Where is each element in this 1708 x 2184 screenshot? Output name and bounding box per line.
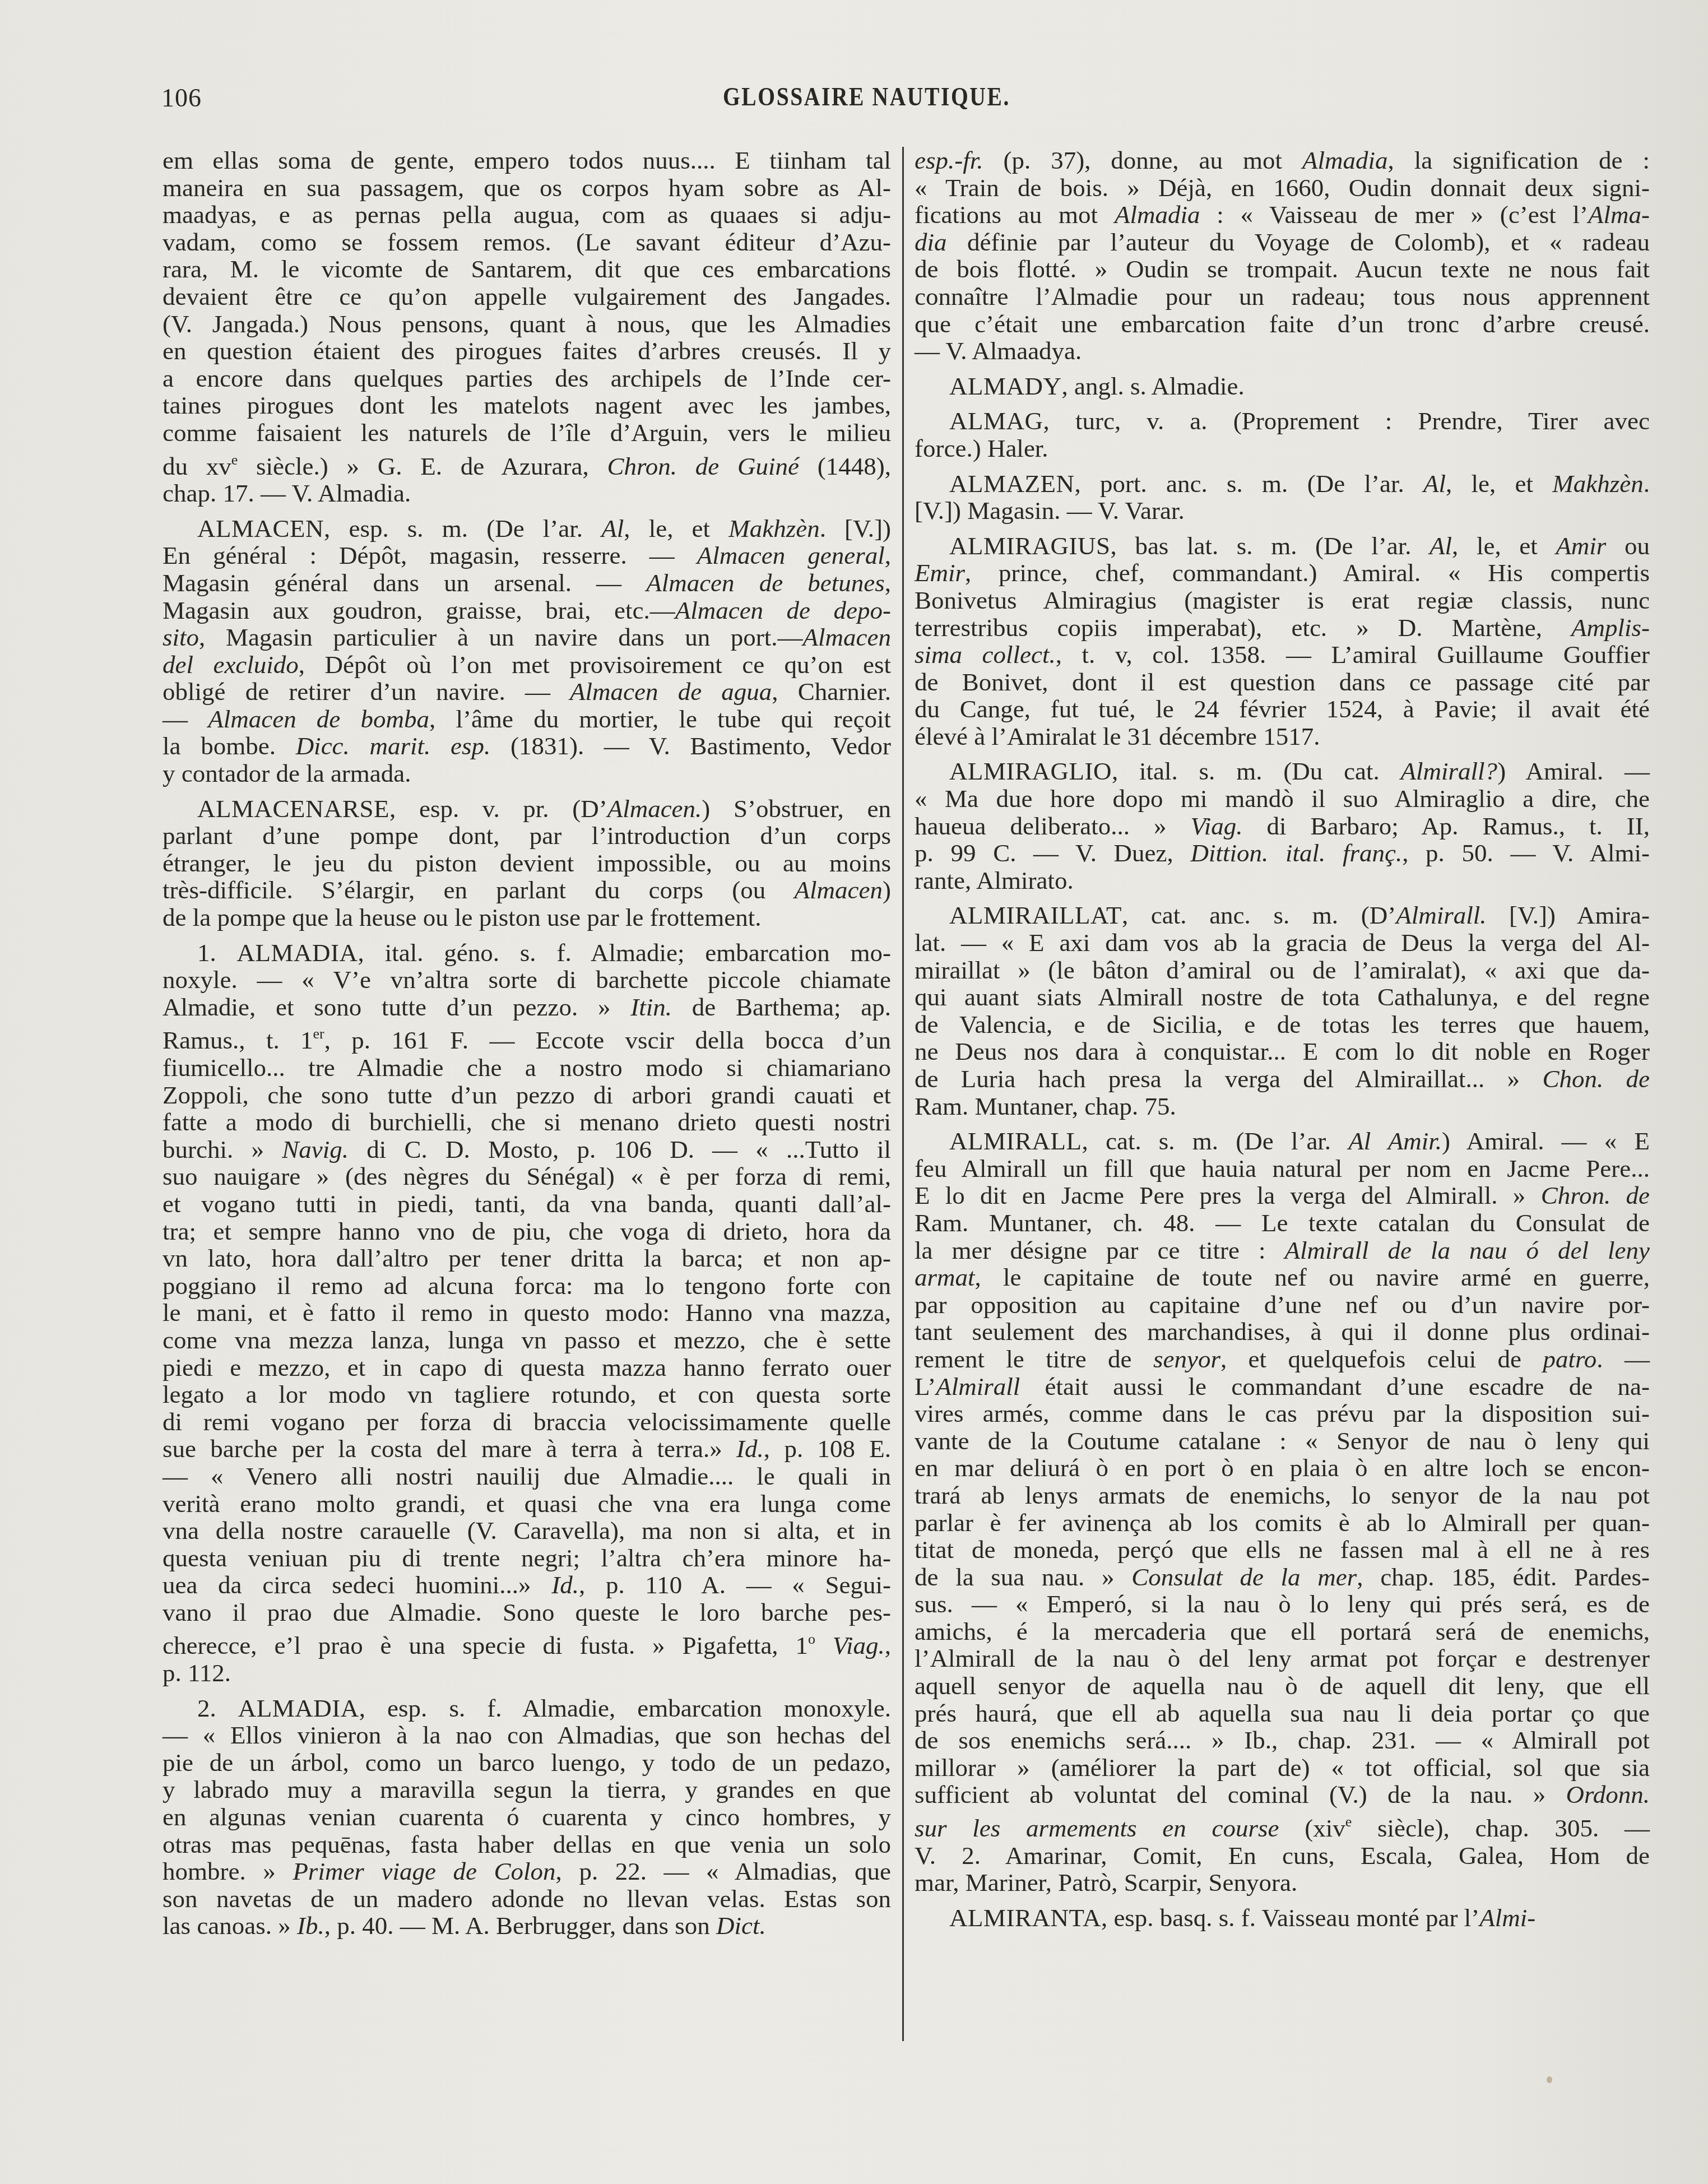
text-line: Magasin aux goudron, graisse, brai, etc.…	[163, 597, 891, 624]
text-segment: chap. 17. — V. Almadia.	[163, 479, 411, 507]
text-segment: siècle.) » G. E. de Azurara,	[238, 452, 607, 480]
text-segment: , port. anc. s. m. (De l’ar.	[1074, 470, 1423, 498]
text-segment: rara, M. le vicomte de Santarem, dit que…	[163, 255, 891, 283]
italic-citation: Emir	[915, 559, 965, 587]
glossary-paragraph: esp.-fr. (p. 37), donne, au mot Almadia,…	[915, 147, 1650, 365]
text-segment: vadam, como se fossem remos. (Le savant …	[163, 228, 891, 256]
glossary-paragraph: ALMIRAGIUS, bas lat. s. m. (De l’ar. Al,…	[915, 532, 1650, 750]
entry-headword-line: ALMACENARSE, esp. v. pr. (D’Almacen.) S’…	[163, 795, 891, 823]
entry-headword: ALMIRAILLAT	[949, 901, 1122, 929]
text-line: [V.]) Magasin. — V. Varar.	[915, 497, 1650, 525]
italic-citation: Ordonn.	[1566, 1780, 1650, 1809]
column-divider	[902, 147, 904, 2041]
text-line: tra; et sempre hanno vno de piu, che vog…	[163, 1218, 891, 1245]
text-line: otras mas pequēnas, fasta haber dellas e…	[163, 1831, 891, 1858]
italic-citation: Id.	[551, 1571, 579, 1599]
text-segment: maneira en sua passagem, que os corpos h…	[163, 174, 891, 202]
italic-citation: Chron. de	[1541, 1181, 1650, 1209]
italic-citation: dia	[915, 228, 947, 256]
text-segment: e	[231, 452, 238, 468]
italic-citation: Al	[601, 514, 624, 542]
text-line: l’Almirall de la nau ò del leny armat po…	[915, 1645, 1650, 1672]
text-segment: connaître l’Almadie pour un radeau; tous…	[915, 282, 1650, 310]
italic-citation: armat	[915, 1263, 975, 1291]
text-line: poggiano il remo ad alcuna forca: ma lo …	[163, 1272, 891, 1300]
text-line: prés haurá, que ell ab aquella sua nau l…	[915, 1700, 1650, 1727]
text-segment: , prince, chef, commandant.) Amiral. « H…	[965, 559, 1650, 587]
text-line: obligé de retirer d’un navire. — Almacen…	[163, 678, 891, 706]
text-segment: , t. v, col. 1358. — L’amiral Guillaume …	[1056, 641, 1650, 669]
text-segment: l’Almirall de la nau ò del leny armat po…	[915, 1644, 1650, 1672]
text-segment: , p. 22. — « Almadias, que	[556, 1857, 891, 1885]
glossary-paragraph: 1. ALMADIA, ital. géno. s. f. Almadie; e…	[163, 939, 891, 1687]
text-line: noxyle. — « V’e vn’altra sorte di barche…	[163, 966, 891, 994]
text-segment: di remi vogano per forza di braccia velo…	[163, 1408, 891, 1436]
text-line: maadyas, e as pernas pella augua, com as…	[163, 201, 891, 229]
text-line: élevé à l’Amiralat le 31 décembre 1517.	[915, 723, 1650, 750]
text-segment: , p. 108 E.	[764, 1435, 891, 1463]
text-segment: di C. D. Mosto, p. 106 D. — « ...Tutto i…	[349, 1135, 891, 1163]
text-line: hombre. » Primer viage de Colon, p. 22. …	[163, 1858, 891, 1885]
text-line: piedi e mezzo, et in capo di questa mazz…	[163, 1354, 891, 1381]
glossary-paragraph: ALMACEN, esp. s. m. (De l’ar. Al, le, et…	[163, 515, 891, 787]
text-segment: vante de la Coutume catalane : « Senyor …	[915, 1427, 1650, 1455]
text-line: parlant d’une pompe dont, par l’introduc…	[163, 822, 891, 850]
text-segment: de sos enemichs será.... » Ib., chap. 23…	[915, 1726, 1650, 1754]
text-segment: .	[1644, 470, 1650, 498]
text-segment: aquell senyor de aquella nau ò de aquell…	[915, 1672, 1650, 1700]
text-line: sur les armements en course (xive siècle…	[915, 1809, 1650, 1842]
italic-citation: Id.	[736, 1435, 764, 1463]
text-segment: suo nauigare » (des nègres du Sénégal) «…	[163, 1162, 891, 1190]
glossary-paragraph: ALMIRAILLAT, cat. anc. s. m. (D’Almirall…	[915, 902, 1650, 1120]
text-segment: legato a lor modo vn tagliere rotundo, e…	[163, 1380, 891, 1408]
text-segment: mar, Mariner, Patrò, Scarpir, Senyora.	[915, 1868, 1297, 1896]
italic-citation: Almadia	[1115, 201, 1200, 229]
text-segment: du xv	[163, 452, 231, 480]
text-line: Zoppoli, che sono tutte d’un pezzo di ar…	[163, 1082, 891, 1109]
text-line: En général : Dépôt, magasin, resserre. —…	[163, 542, 891, 569]
glossary-paragraph: ALMAZEN, port. anc. s. m. (De l’ar. Al, …	[915, 470, 1650, 525]
text-segment: di Barbaro; Ap. Ramus., t. II,	[1242, 812, 1650, 840]
text-segment: définie par l’auteur du Voyage de Colomb…	[947, 228, 1650, 256]
text-line: terrestribus copiis imperabat), etc. » D…	[915, 614, 1650, 642]
text-segment: (V. Jangada.) Nous pensons, quant à nous…	[163, 310, 891, 338]
text-segment: en mar deliurá ò en port ò en plaia ò en…	[915, 1454, 1650, 1482]
glossary-paragraph: ALMADY, angl. s. Almadie.	[915, 373, 1650, 400]
text-segment: ,	[885, 569, 891, 597]
text-segment: sufficient ab voluntat del cominal (V.) …	[915, 1780, 1566, 1809]
text-segment: questa veniuan piu di trente negri; l’al…	[163, 1544, 891, 1572]
text-segment: sus. — « Emperó, si la nau ò lo leny qui…	[915, 1590, 1650, 1618]
text-line: du xve siècle.) » G. E. de Azurara, Chro…	[163, 447, 891, 480]
text-line: parlar è fer avinença ab los comits è ab…	[915, 1509, 1650, 1537]
text-segment: par opposition au capitaine d’une nef ou…	[915, 1291, 1650, 1319]
text-segment: du Cange, fut tué, le 24 février 1524, à…	[915, 695, 1650, 723]
italic-citation: Almacen general	[697, 541, 885, 569]
text-line: pie de un árbol, como un barco luengo, y…	[163, 1749, 891, 1777]
text-line: E lo dit en Jacme Pere pres la verga del…	[915, 1182, 1650, 1209]
text-line: comme faisaient les naturels de l’île d’…	[163, 419, 891, 447]
text-line: maneira en sua passagem, que os corpos h…	[163, 174, 891, 202]
text-segment: siècle), chap. 305. —	[1352, 1814, 1650, 1842]
italic-citation: Almacen	[803, 623, 891, 651]
text-line: amichs, é la mercaderia que ell portará …	[915, 1618, 1650, 1645]
text-line: rement le titre de senyor, et quelquefoi…	[915, 1346, 1650, 1373]
text-segment: noxyle. — « V’e vn’altra sorte di barche…	[163, 966, 891, 994]
text-line: vante de la Coutume catalane : « Senyor …	[915, 1427, 1650, 1455]
text-segment: Ram. Muntaner, chap. 75.	[915, 1092, 1176, 1120]
text-line: vires armés, comme dans le cas prévu par…	[915, 1400, 1650, 1427]
text-segment: , bas lat. s. m. (De l’ar.	[1111, 532, 1430, 560]
text-segment: amichs, é la mercaderia que ell portará …	[915, 1617, 1650, 1645]
italic-citation: Al Amir.	[1348, 1127, 1442, 1155]
glossary-paragraph: em ellas soma de gente, empero todos nuu…	[163, 147, 891, 507]
text-line: chap. 17. — V. Almadia.	[163, 480, 891, 507]
text-segment: millorar » (améliorer la part de) « tot …	[915, 1754, 1650, 1782]
text-line: L’Almirall était aussi le commandant d’u…	[915, 1373, 1650, 1401]
paper-stain	[1547, 2076, 1552, 2083]
text-segment: ) S’obstruer, en	[702, 795, 891, 823]
text-segment: Ram. Muntaner, ch. 48. — Le texte catala…	[915, 1209, 1650, 1237]
text-line: mar, Mariner, Patrò, Scarpir, Senyora.	[915, 1869, 1650, 1896]
text-line: p. 112.	[163, 1659, 891, 1687]
italic-citation: Alma-	[1588, 201, 1650, 229]
text-segment: Magasin général dans un arsenal. —	[163, 569, 646, 597]
text-segment: rement le titre de	[915, 1345, 1153, 1373]
text-segment: ou	[1606, 532, 1650, 560]
italic-citation: Almacen de depo-	[675, 596, 891, 624]
text-line: très-difficile. S’élargir, en parlant du…	[163, 877, 891, 904]
text-line: — Almacen de bomba, l’âme du mortier, le…	[163, 706, 891, 733]
text-line: le mani, et è fatto il remo in questo mo…	[163, 1299, 891, 1327]
text-segment: , cat. s. m. (De l’ar.	[1082, 1127, 1348, 1155]
glossary-paragraph: ALMIRALL, cat. s. m. (De l’ar. Al Amir.)…	[915, 1128, 1650, 1896]
text-segment: de la sua nau. »	[915, 1563, 1131, 1591]
italic-citation: Al	[1429, 532, 1452, 560]
text-segment: [V.]) Amira-	[1486, 901, 1650, 929]
text-segment: , la signification de :	[1387, 146, 1650, 174]
text-segment: )	[883, 876, 891, 904]
entry-headword: ALMACENARSE	[197, 795, 389, 823]
text-segment: titat de moneda, perçó que ells ne fasse…	[915, 1536, 1650, 1564]
book-page: 106 GLOSSAIRE NAUTIQUE. em ellas soma de…	[0, 0, 1708, 2184]
entry-headword: ALMIRANTA	[949, 1904, 1101, 1932]
text-segment: ne Deus nos dara à conquistar... E com l…	[915, 1037, 1650, 1065]
text-segment: la bombe.	[163, 732, 296, 760]
text-segment: devaient être ce qu’on appelle vulgairem…	[163, 282, 891, 310]
glossary-paragraph: ALMIRANTA, esp. basq. s. f. Vaisseau mon…	[915, 1904, 1650, 1932]
text-segment: (xiv	[1279, 1814, 1345, 1842]
text-segment: obligé de retirer d’un navire. —	[163, 678, 570, 706]
italic-citation: del excluido	[163, 651, 299, 679]
text-line: Magasin général dans un arsenal. — Almac…	[163, 569, 891, 597]
italic-citation: sur les armements en course	[915, 1814, 1279, 1842]
text-segment: E lo dit en Jacme Pere pres la verga del…	[915, 1181, 1541, 1209]
text-segment: « Train de bois. » Déjà, en 1660, Oudin …	[915, 174, 1650, 202]
text-line: miraillat » (le bâton d’amiral ou de l’a…	[915, 957, 1650, 984]
text-segment: parlar è fer avinença ab los comits è ab…	[915, 1509, 1650, 1537]
italic-citation: Dicc. marit. esp.	[296, 732, 491, 760]
text-segment: , ital. géno. s. f. Almadie; embarcation…	[358, 939, 891, 967]
text-line: em ellas soma de gente, empero todos nuu…	[163, 147, 891, 174]
text-segment: prés haurá, que ell ab aquella sua nau l…	[915, 1699, 1650, 1727]
text-line: y contador de la armada.	[163, 760, 891, 787]
entry-headword: ALMADIA	[238, 1694, 359, 1722]
glossary-paragraph: ALMAG, turc, v. a. (Proprement : Prendre…	[915, 407, 1650, 462]
entry-headword-line: ALMIRALL, cat. s. m. (De l’ar. Al Amir.)…	[915, 1128, 1650, 1155]
text-line: la bombe. Dicc. marit. esp. (1831). — V.…	[163, 732, 891, 760]
text-segment: Magasin aux goudron, graisse, brai, etc.…	[163, 596, 675, 624]
entry-headword: ALMIRALL	[949, 1127, 1082, 1155]
text-line: de sos enemichs será.... » Ib., chap. 23…	[915, 1727, 1650, 1754]
text-segment: , p. 110 A. — « Segui-	[579, 1571, 891, 1599]
text-line: Ram. Muntaner, ch. 48. — Le texte catala…	[915, 1209, 1650, 1237]
text-segment: , p. 50. — V. Almi-	[1402, 839, 1650, 867]
text-segment: fications au mot	[915, 201, 1115, 229]
text-line: en algunas venian cuarenta ó cuarenta y …	[163, 1803, 891, 1831]
italic-citation: Navig.	[282, 1135, 349, 1163]
text-segment: sue barche per la costa del mare à terra…	[163, 1435, 736, 1463]
text-segment: de Bonivet, dont il est question dans ce…	[915, 668, 1650, 696]
text-segment: , l’âme du mortier, le tube qui reçoit	[429, 705, 891, 733]
entry-headword-line: ALMIRAGIUS, bas lat. s. m. (De l’ar. Al,…	[915, 532, 1650, 560]
text-line: par opposition au capitaine d’une nef ou…	[915, 1291, 1650, 1319]
text-segment: Zoppoli, che sono tutte d’un pezzo di ar…	[163, 1081, 891, 1109]
text-segment: et vogano tutti in piedi, tanti, da vna …	[163, 1190, 891, 1218]
text-line: sufficient ab voluntat del cominal (V.) …	[915, 1781, 1650, 1809]
text-segment: , turc, v. a. (Proprement : Prendre, Tir…	[1043, 407, 1650, 435]
text-line: de Bonivet, dont il est question dans ce…	[915, 669, 1650, 696]
text-segment: , le, et	[624, 514, 728, 542]
text-segment: haueua deliberato... »	[915, 812, 1191, 840]
text-segment: , esp. v. pr. (D’	[389, 795, 607, 823]
italic-citation: Al	[1423, 470, 1446, 498]
text-line: connaître l’Almadie pour un radeau; tous…	[915, 283, 1650, 310]
italic-citation: Almacen de betunes	[646, 569, 885, 597]
text-segment: , Magasin particulier à un navire dans u…	[199, 623, 803, 651]
italic-citation: Ib.	[297, 1912, 324, 1940]
italic-citation: Dict.	[716, 1912, 766, 1940]
italic-citation: Almacen de bomba	[208, 705, 429, 733]
text-line: rara, M. le vicomte de Santarem, dit que…	[163, 256, 891, 283]
text-segment: fiumicello... tre Almadie che a nostro m…	[163, 1054, 891, 1082]
running-head-title: GLOSSAIRE NAUTIQUE.	[723, 82, 1010, 112]
text-line: burchi. » Navig. di C. D. Mosto, p. 106 …	[163, 1136, 891, 1163]
text-line: de bois flotté. » Oudin se trompait. Auc…	[915, 256, 1650, 283]
entry-headword-line: ALMAG, turc, v. a. (Proprement : Prendre…	[915, 407, 1650, 435]
text-line: qui auant siats Almirall nostre de tota …	[915, 984, 1650, 1011]
text-segment: la mer désigne par ce titre :	[915, 1236, 1284, 1264]
italic-citation: Makhzèn	[1552, 470, 1643, 498]
text-segment: , cat. anc. s. m. (D’	[1122, 901, 1396, 929]
text-segment: y labrado muy a maravilla segun la tierr…	[163, 1775, 891, 1803]
text-line: millorar » (améliorer la part de) « tot …	[915, 1754, 1650, 1782]
text-segment: p. 112.	[163, 1659, 231, 1687]
text-line: trará ab lenys armats de enemichs, lo se…	[915, 1482, 1650, 1509]
text-line: y labrado muy a maravilla segun la tierr…	[163, 1776, 891, 1803]
entry-headword: ALMAZEN	[949, 470, 1074, 498]
text-segment: L’	[915, 1372, 936, 1401]
text-segment: que c’était une embarcation faite d’un t…	[915, 310, 1650, 338]
text-segment: qui auant siats Almirall nostre de tota …	[915, 983, 1650, 1011]
text-segment: ,	[885, 1631, 891, 1659]
text-segment: , le, et	[1452, 532, 1556, 560]
text-segment: p. 99 C. — V. Duez,	[915, 839, 1191, 867]
text-line: las canoas. » Ib., p. 40. — M. A. Berbru…	[163, 1912, 891, 1940]
text-segment: a encore dans quelques parties des archi…	[163, 364, 891, 392]
text-line: esp.-fr. (p. 37), donne, au mot Almadia,…	[915, 147, 1650, 174]
text-segment: , et quelquefois celui de	[1220, 1345, 1543, 1373]
text-segment: las canoas. »	[163, 1912, 297, 1940]
italic-citation: Almacen de agua	[570, 678, 772, 706]
entry-headword-line: ALMIRAILLAT, cat. anc. s. m. (D’Almirall…	[915, 902, 1650, 929]
italic-citation: Almirall	[936, 1372, 1020, 1401]
italic-citation: Consulat de la mer	[1131, 1563, 1357, 1591]
text-line: tant seulement des marchandises, à qui i…	[915, 1318, 1650, 1346]
italic-citation: sima collect.	[915, 641, 1056, 669]
text-line: fatte a modo di burchielli, che si menan…	[163, 1109, 891, 1136]
text-segment: — V. Almaadya.	[915, 337, 1082, 365]
italic-citation: Dittion. ital. franç.	[1191, 839, 1403, 867]
text-line: sus. — « Emperó, si la nau ò lo leny qui…	[915, 1591, 1650, 1618]
italic-citation: Almirall?	[1401, 757, 1498, 785]
text-line: devaient être ce qu’on appelle vulgairem…	[163, 283, 891, 310]
text-segment: em ellas soma de gente, empero todos nuu…	[163, 146, 891, 174]
italic-citation: patro	[1543, 1345, 1597, 1373]
text-line: sito, Magasin particulier à un navire da…	[163, 624, 891, 651]
entry-headword: ALMAG	[949, 407, 1043, 435]
text-segment: y contador de la armada.	[163, 759, 411, 787]
italic-citation: Chon. de	[1542, 1065, 1650, 1093]
text-segment: lat. — « E axi dam vos ab la gracia de D…	[915, 929, 1650, 957]
text-segment: otras mas pequēnas, fasta haber dellas e…	[163, 1830, 891, 1858]
text-segment: —	[163, 705, 208, 733]
text-segment: verità erano molto grandi, et quasi che …	[163, 1490, 891, 1518]
text-line: son navetas de un madero adonde no lleva…	[163, 1885, 891, 1913]
text-line: p. 99 C. — V. Duez, Dittion. ital. franç…	[915, 840, 1650, 867]
text-line: « Ma due hore dopo mi mandò il suo Almir…	[915, 785, 1650, 813]
text-segment	[815, 1631, 833, 1659]
text-line: questa veniuan piu di trente negri; l’al…	[163, 1545, 891, 1572]
italic-citation: Almacen.	[607, 795, 702, 823]
text-segment: force.) Haler.	[915, 434, 1048, 462]
text-line: Ram. Muntaner, chap. 75.	[915, 1093, 1650, 1120]
text-segment: burchi. »	[163, 1135, 282, 1163]
text-segment: comme faisaient les naturels de l’île d’…	[163, 419, 891, 447]
text-line: de Valencia, e de Sicilia, e de totas le…	[915, 1011, 1650, 1038]
text-line: du Cange, fut tué, le 24 février 1524, à…	[915, 695, 1650, 723]
text-segment: . —	[1596, 1345, 1650, 1373]
italic-citation: Almi-	[1479, 1904, 1535, 1932]
entry-headword-line: ALMACEN, esp. s. m. (De l’ar. Al, le, et…	[163, 515, 891, 542]
text-segment: élevé à l’Amiralat le 31 décembre 1517.	[915, 722, 1320, 750]
text-line: de Luria hach presa la verga del Almirai…	[915, 1065, 1650, 1093]
italic-citation: Viag.	[833, 1631, 885, 1659]
italic-citation: Primer viage de Colon	[293, 1857, 555, 1885]
text-line: del excluido, Dépôt où l’on met provisoi…	[163, 651, 891, 679]
italic-citation: Amplis-	[1571, 614, 1650, 642]
text-segment: était aussi le commandant d’une escadre …	[1020, 1372, 1650, 1401]
entry-headword: ALMACEN	[197, 514, 324, 542]
text-line: Ramus., t. 1er, p. 161 F. — Eccote vscir…	[163, 1021, 891, 1054]
text-segment: — « Ellos vinieron à la nao con Almadias…	[163, 1721, 891, 1749]
text-segment: (1448),	[799, 452, 891, 480]
italic-citation: Almadia	[1302, 146, 1388, 174]
text-segment: Bonivetus Almiragius (magister is erat r…	[915, 586, 1650, 614]
text-segment: rante, Almirato.	[915, 866, 1074, 894]
text-segment: e	[1345, 1814, 1352, 1830]
text-segment: , le, et	[1446, 470, 1552, 498]
entry-headword-line: 2. ALMADIA, esp. s. f. Almadie, embarcat…	[163, 1695, 891, 1722]
glossary-paragraph: 2. ALMADIA, esp. s. f. Almadie, embarcat…	[163, 1695, 891, 1940]
text-segment: , angl. s. Almadie.	[1062, 372, 1245, 400]
text-line: legato a lor modo vn tagliere rotundo, e…	[163, 1381, 891, 1408]
italic-citation: esp.-fr.	[915, 146, 983, 174]
text-line: cherecce, e’l prao è una specie di fusta…	[163, 1626, 891, 1659]
text-line: Bonivetus Almiragius (magister is erat r…	[915, 587, 1650, 614]
text-segment: ) Amiral. —	[1497, 757, 1650, 785]
text-line: vano il prao due Almadie. Sono queste le…	[163, 1599, 891, 1626]
text-segment: trará ab lenys armats de enemichs, lo se…	[915, 1481, 1650, 1509]
text-line: rante, Almirato.	[915, 867, 1650, 894]
text-segment: ) Amiral. — « E	[1442, 1127, 1650, 1155]
text-segment: : « Vaisseau de mer » (c’est l’	[1200, 201, 1588, 229]
text-line: « Train de bois. » Déjà, en 1660, Oudin …	[915, 174, 1650, 202]
text-segment: 1.	[197, 939, 237, 967]
text-line: armat, le capitaine de toute nef ou navi…	[915, 1264, 1650, 1291]
text-segment: de bois flotté. » Oudin se trompait. Auc…	[915, 255, 1650, 283]
italic-citation: sito	[163, 623, 199, 651]
text-segment: taines pirogues dont les matelots nagent…	[163, 391, 891, 419]
glossary-paragraph: ALMIRAGLIO, ital. s. m. (Du cat. Almiral…	[915, 758, 1650, 894]
text-line: Emir, prince, chef, commandant.) Amiral.…	[915, 559, 1650, 587]
text-line: feu Almirall un fill que hauia natural p…	[915, 1155, 1650, 1183]
text-segment: [V.]) Magasin. — V. Varar.	[915, 497, 1185, 525]
text-segment: vano il prao due Almadie. Sono queste le…	[163, 1598, 891, 1626]
text-segment: come vna mezza lanza, lunga vn passo et …	[163, 1326, 891, 1354]
text-line: titat de moneda, perçó que ells ne fasse…	[915, 1536, 1650, 1564]
entry-headword: ALMIRAGIUS	[949, 532, 1111, 560]
text-line: — « Venero alli nostri nauilij due Almad…	[163, 1463, 891, 1490]
text-line: la mer désigne par ce titre : Almirall d…	[915, 1237, 1650, 1264]
text-segment: parlant d’une pompe dont, par l’introduc…	[163, 822, 891, 850]
page-number: 106	[161, 83, 202, 113]
text-segment: de la pompe que la heuse ou le piston us…	[163, 903, 761, 931]
text-segment: , Charnier.	[772, 678, 891, 706]
text-segment: son navetas de un madero adonde no lleva…	[163, 1885, 891, 1913]
text-segment: , esp. s. f. Almadie, embarcation monoxy…	[359, 1694, 891, 1722]
text-segment: , p. 161 F. — Eccote vscir della bocca d…	[324, 1026, 891, 1054]
text-line: dia définie par l’auteur du Voyage de Co…	[915, 229, 1650, 256]
italic-citation: Amir	[1556, 532, 1606, 560]
text-segment: . [V.])	[820, 514, 891, 542]
text-segment: , ital. s. m. (Du cat.	[1112, 757, 1401, 785]
entry-headword-line: ALMIRAGLIO, ital. s. m. (Du cat. Almiral…	[915, 758, 1650, 785]
text-line: — V. Almaadya.	[915, 337, 1650, 365]
text-segment: (1831). — V. Bastimento, Vedor	[490, 732, 891, 760]
text-segment: , esp. s. m. (De l’ar.	[324, 514, 601, 542]
text-segment: ,	[885, 541, 891, 569]
text-line: étranger, le jeu du piston devient impos…	[163, 850, 891, 877]
text-line: uea da circa sedeci huomini...» Id., p. …	[163, 1571, 891, 1599]
text-line: fications au mot Almadia : « Vaisseau de…	[915, 201, 1650, 229]
italic-citation: Almirall de la nau ó del leny	[1284, 1236, 1650, 1264]
text-line: en mar deliurá ò en port ò en plaia ò en…	[915, 1454, 1650, 1482]
text-segment: — « Venero alli nostri nauilij due Almad…	[163, 1462, 891, 1490]
text-segment: « Ma due hore dopo mi mandò il suo Almir…	[915, 785, 1650, 813]
entry-headword-line: ALMAZEN, port. anc. s. m. (De l’ar. Al, …	[915, 470, 1650, 498]
